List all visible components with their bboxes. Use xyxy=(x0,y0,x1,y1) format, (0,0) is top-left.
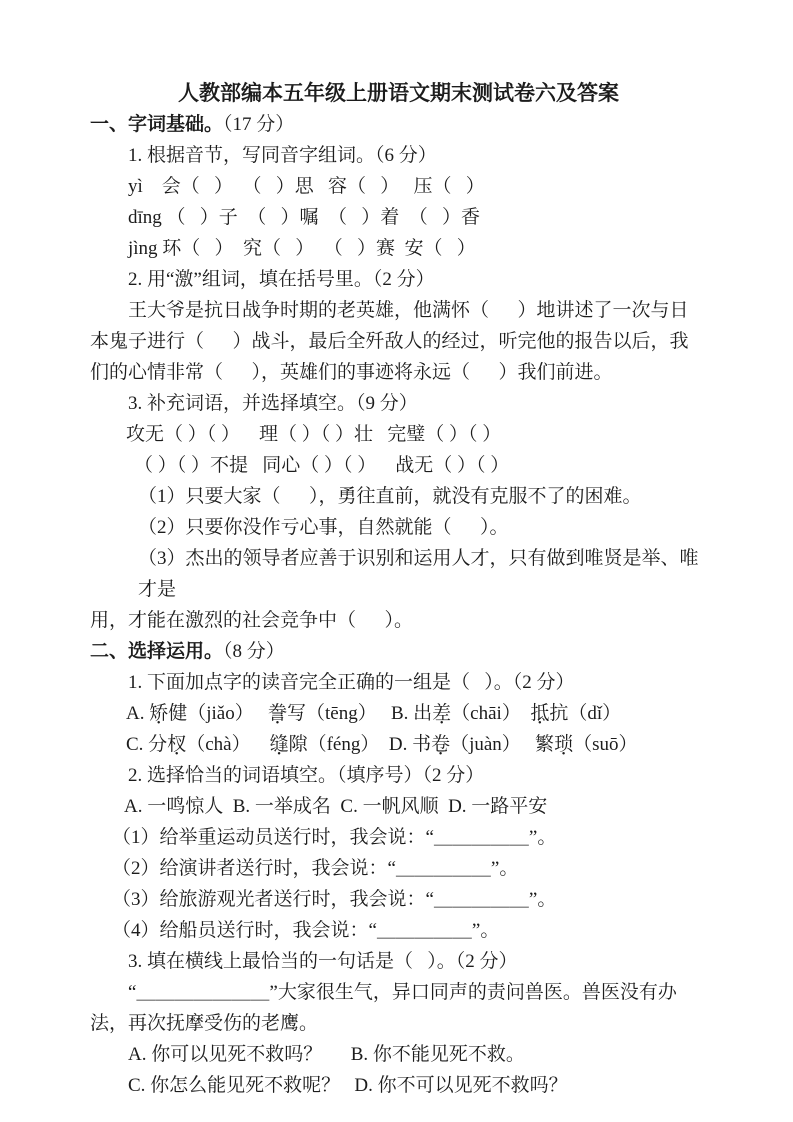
fill-blank-line: （3）给旅游观光者送行时，我会说：“＿＿＿＿＿”。 xyxy=(90,884,707,915)
option-row: C. 你怎么能见死不救呢？ D. 你不可以见死不救吗？ xyxy=(90,1070,707,1101)
question-2-3: 3. 填在横线上最恰当的一句话是（ ）。（2 分） xyxy=(90,946,707,977)
doc-body: 一、字词基础。（17 分）1. 根据音节，写同音字组词。（6 分）yì 会（ ）… xyxy=(90,109,707,1101)
sub-question-continuation: 用，才能在激烈的社会竞争中（ ）。 xyxy=(90,605,707,636)
doc-title: 人教部编本五年级上册语文期末测试卷六及答案 xyxy=(90,78,707,109)
dotted-char: 杈 xyxy=(167,734,186,755)
passage-line: “＿＿＿＿＿＿＿”大家很生气，异口同声的责问兽医。兽医没有办 xyxy=(90,977,707,1008)
text-run: 们的心情非常（ ），英雄们的事迹将永远（ ）我们前进。 xyxy=(90,362,613,383)
text-run: A. 一鸣惊人 B. 一举成名 C. 一帆风顺 D. 一路平安 xyxy=(124,796,547,817)
dotted-char: 差 xyxy=(432,703,451,724)
text-run: 2. 选择恰当的词语填空。（填序号）（2 分） xyxy=(128,765,484,786)
dotted-char: 矫 xyxy=(149,703,168,724)
text-run: （3）杰出的领导者应善于识别和运用人才，只有做到唯贤是举、唯才是 xyxy=(138,548,699,600)
pinyin-row-ding: dīng （ ）子 （ ）嘱 （ ）着 （ ）香 xyxy=(90,202,707,233)
text-run: （17 分） xyxy=(223,114,294,135)
text-run: 抗（dǐ） xyxy=(549,703,621,724)
text-run: “＿＿＿＿＿＿＿”大家很生气，异口同声的责问兽医。兽医没有办 xyxy=(128,982,677,1003)
sub-question: （3）杰出的领导者应善于识别和运用人才，只有做到唯贤是举、唯才是 xyxy=(90,543,707,605)
text-run: 写（tēng） B. 出 xyxy=(287,703,432,724)
dotted-char: 缝 xyxy=(270,734,289,755)
passage-line: 法，再次抚摩受伤的老鹰。 xyxy=(90,1008,707,1039)
dotted-char: 誊 xyxy=(268,703,287,724)
text-run: 攻无（ ）（ ） 理（ ）（ ）壮 完璧（ ）（ ） xyxy=(126,424,501,445)
text-run: （ ）（ ）不提 同心（ ）（ ） 战无（ ）（ ） xyxy=(134,455,509,476)
passage-line: 本鬼子进行（ ）战斗，最后全歼敌人的经过，听完他的报告以后，我 xyxy=(90,326,707,357)
text-run: （chà） xyxy=(186,734,269,755)
text-run: jìng 环（ ） 究（ ） （ ）赛 安（ ） xyxy=(128,238,476,259)
text-run: 本鬼子进行（ ）战斗，最后全歼敌人的经过，听完他的报告以后，我 xyxy=(90,331,689,352)
text-run: （2）给演讲者送行时，我会说：“＿＿＿＿＿”。 xyxy=(112,858,518,879)
question-1-1: 1. 根据音节，写同音字组词。（6 分） xyxy=(90,140,707,171)
text-run: 一、字词基础。 xyxy=(90,114,223,135)
text-run: 1. 根据音节，写同音字组词。（6 分） xyxy=(128,145,437,166)
text-run: （1）只要大家（ ），勇往直前，就没有克服不了的困难。 xyxy=(138,486,642,507)
dotted-char: 抵 xyxy=(530,703,549,724)
dotted-char: 卷 xyxy=(431,734,450,755)
section-1-heading: 一、字词基础。（17 分） xyxy=(90,109,707,140)
text-run: A. xyxy=(126,703,149,724)
pinyin-row-jing: jìng 环（ ） 究（ ） （ ）赛 安（ ） xyxy=(90,233,707,264)
exam-page: 人教部编本五年级上册语文期末测试卷六及答案 一、字词基础。（17 分）1. 根据… xyxy=(0,0,793,1122)
text-run: （1）给举重运动员送行时，我会说：“＿＿＿＿＿”。 xyxy=(112,827,556,848)
fill-blank-line: （4）给船员送行时，我会说：“＿＿＿＿＿”。 xyxy=(90,915,707,946)
option-row-cd: C. 分杈（chà） 缝隙（féng） D. 书卷（juàn） 繁琐（suō） xyxy=(90,729,707,760)
option-row-ab: A. 矫健（jiǎo） 誊写（tēng） B. 出差（chāi） 抵抗（dǐ） xyxy=(90,698,707,729)
text-run: yì 会（ ） （ ）思 容（ ） 压（ ） xyxy=(128,176,485,197)
text-run: 1. 下面加点字的读音完全正确的一组是（ ）。（2 分） xyxy=(128,672,575,693)
text-run: （4）给船员送行时，我会说：“＿＿＿＿＿”。 xyxy=(112,920,499,941)
text-run: （juàn） 繁 xyxy=(450,734,554,755)
text-run: （3）给旅游观光者送行时，我会说：“＿＿＿＿＿”。 xyxy=(112,889,556,910)
dotted-char: 琐 xyxy=(554,734,573,755)
text-run: （suō） xyxy=(573,734,637,755)
text-run: （2）只要你没作亏心事，自然就能（ ）。 xyxy=(138,517,509,538)
question-2-1: 1. 下面加点字的读音完全正确的一组是（ ）。（2 分） xyxy=(90,667,707,698)
question-1-3: 3. 补充词语，并选择填空。（9 分） xyxy=(90,388,707,419)
question-2-2: 2. 选择恰当的词语填空。（填序号）（2 分） xyxy=(90,760,707,791)
passage-line: 们的心情非常（ ），英雄们的事迹将永远（ ）我们前进。 xyxy=(90,357,707,388)
text-run: 隙（féng） D. 书 xyxy=(289,734,431,755)
text-run: 法，再次抚摩受伤的老鹰。 xyxy=(90,1013,318,1034)
option-row: A. 你可以见死不救吗？ B. 你不能见死不救。 xyxy=(90,1039,707,1070)
text-run: 3. 补充词语，并选择填空。（9 分） xyxy=(128,393,418,414)
text-run: A. 你可以见死不救吗？ B. 你不能见死不救。 xyxy=(128,1044,525,1065)
text-run: 用，才能在激烈的社会竞争中（ ）。 xyxy=(90,610,413,631)
fill-blank-line: （1）给举重运动员送行时，我会说：“＿＿＿＿＿”。 xyxy=(90,822,707,853)
passage-line: 王大爷是抗日战争时期的老英雄，他满怀（ ）地讲述了一次与日 xyxy=(90,295,707,326)
text-run: （chāi） xyxy=(451,703,530,724)
idiom-row: 攻无（ ）（ ） 理（ ）（ ）壮 完璧（ ）（ ） xyxy=(90,419,707,450)
text-run: C. 分 xyxy=(126,734,167,755)
fill-blank-line: （2）给演讲者送行时，我会说：“＿＿＿＿＿”。 xyxy=(90,853,707,884)
text-run: 王大爷是抗日战争时期的老英雄，他满怀（ ）地讲述了一次与日 xyxy=(128,300,689,321)
pinyin-row-yi: yì 会（ ） （ ）思 容（ ） 压（ ） xyxy=(90,171,707,202)
sub-question: （1）只要大家（ ），勇往直前，就没有克服不了的困难。 xyxy=(90,481,707,512)
section-2-heading: 二、选择运用。（8 分） xyxy=(90,636,707,667)
idiom-row: （ ）（ ）不提 同心（ ）（ ） 战无（ ）（ ） xyxy=(90,450,707,481)
option-row: A. 一鸣惊人 B. 一举成名 C. 一帆风顺 D. 一路平安 xyxy=(90,791,707,822)
text-run: 3. 填在横线上最恰当的一句话是（ ）。（2 分） xyxy=(128,951,518,972)
text-run: （8 分） xyxy=(223,641,285,662)
text-run: 健（jiǎo） xyxy=(168,703,268,724)
text-run: C. 你怎么能见死不救呢？ D. 你不可以见死不救吗？ xyxy=(128,1075,568,1096)
text-run: 二、选择运用。 xyxy=(90,641,223,662)
text-run: 2. 用“激”组词，填在括号里。（2 分） xyxy=(128,269,435,290)
sub-question: （2）只要你没作亏心事，自然就能（ ）。 xyxy=(90,512,707,543)
text-run: dīng （ ）子 （ ）嘱 （ ）着 （ ）香 xyxy=(128,207,480,228)
question-1-2: 2. 用“激”组词，填在括号里。（2 分） xyxy=(90,264,707,295)
